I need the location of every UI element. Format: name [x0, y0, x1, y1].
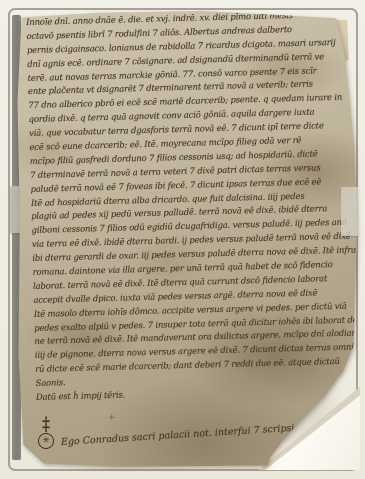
parchment: Innoīe dnī. anno dnāe ē. die. et xvj. in…	[13, 10, 357, 470]
parchment-wrap: Innoīe dnī. anno dnāe ē. die. et xvj. in…	[13, 10, 357, 470]
notarial-signum: ‡ ✳	[35, 417, 57, 449]
notarial-wheel-icon: ✳	[38, 433, 54, 449]
notarial-cross-icon: ‡	[42, 415, 50, 434]
wheel-spokes: ✳	[42, 437, 50, 446]
notary-subscription: Ego Conradus sacri palacii not. interfui…	[61, 423, 295, 448]
right-edge-tab	[341, 187, 358, 236]
notary-signature-row: ‡ ✳ Ego Conradus sacri palacii not. inte…	[35, 417, 295, 449]
manuscript-text-block: Innoīe dnī. anno dnāe ē. die. et xvj. in…	[26, 8, 361, 405]
manuscript-photo: Innoīe dnī. anno dnāe ē. die. et xvj. in…	[0, 0, 365, 479]
